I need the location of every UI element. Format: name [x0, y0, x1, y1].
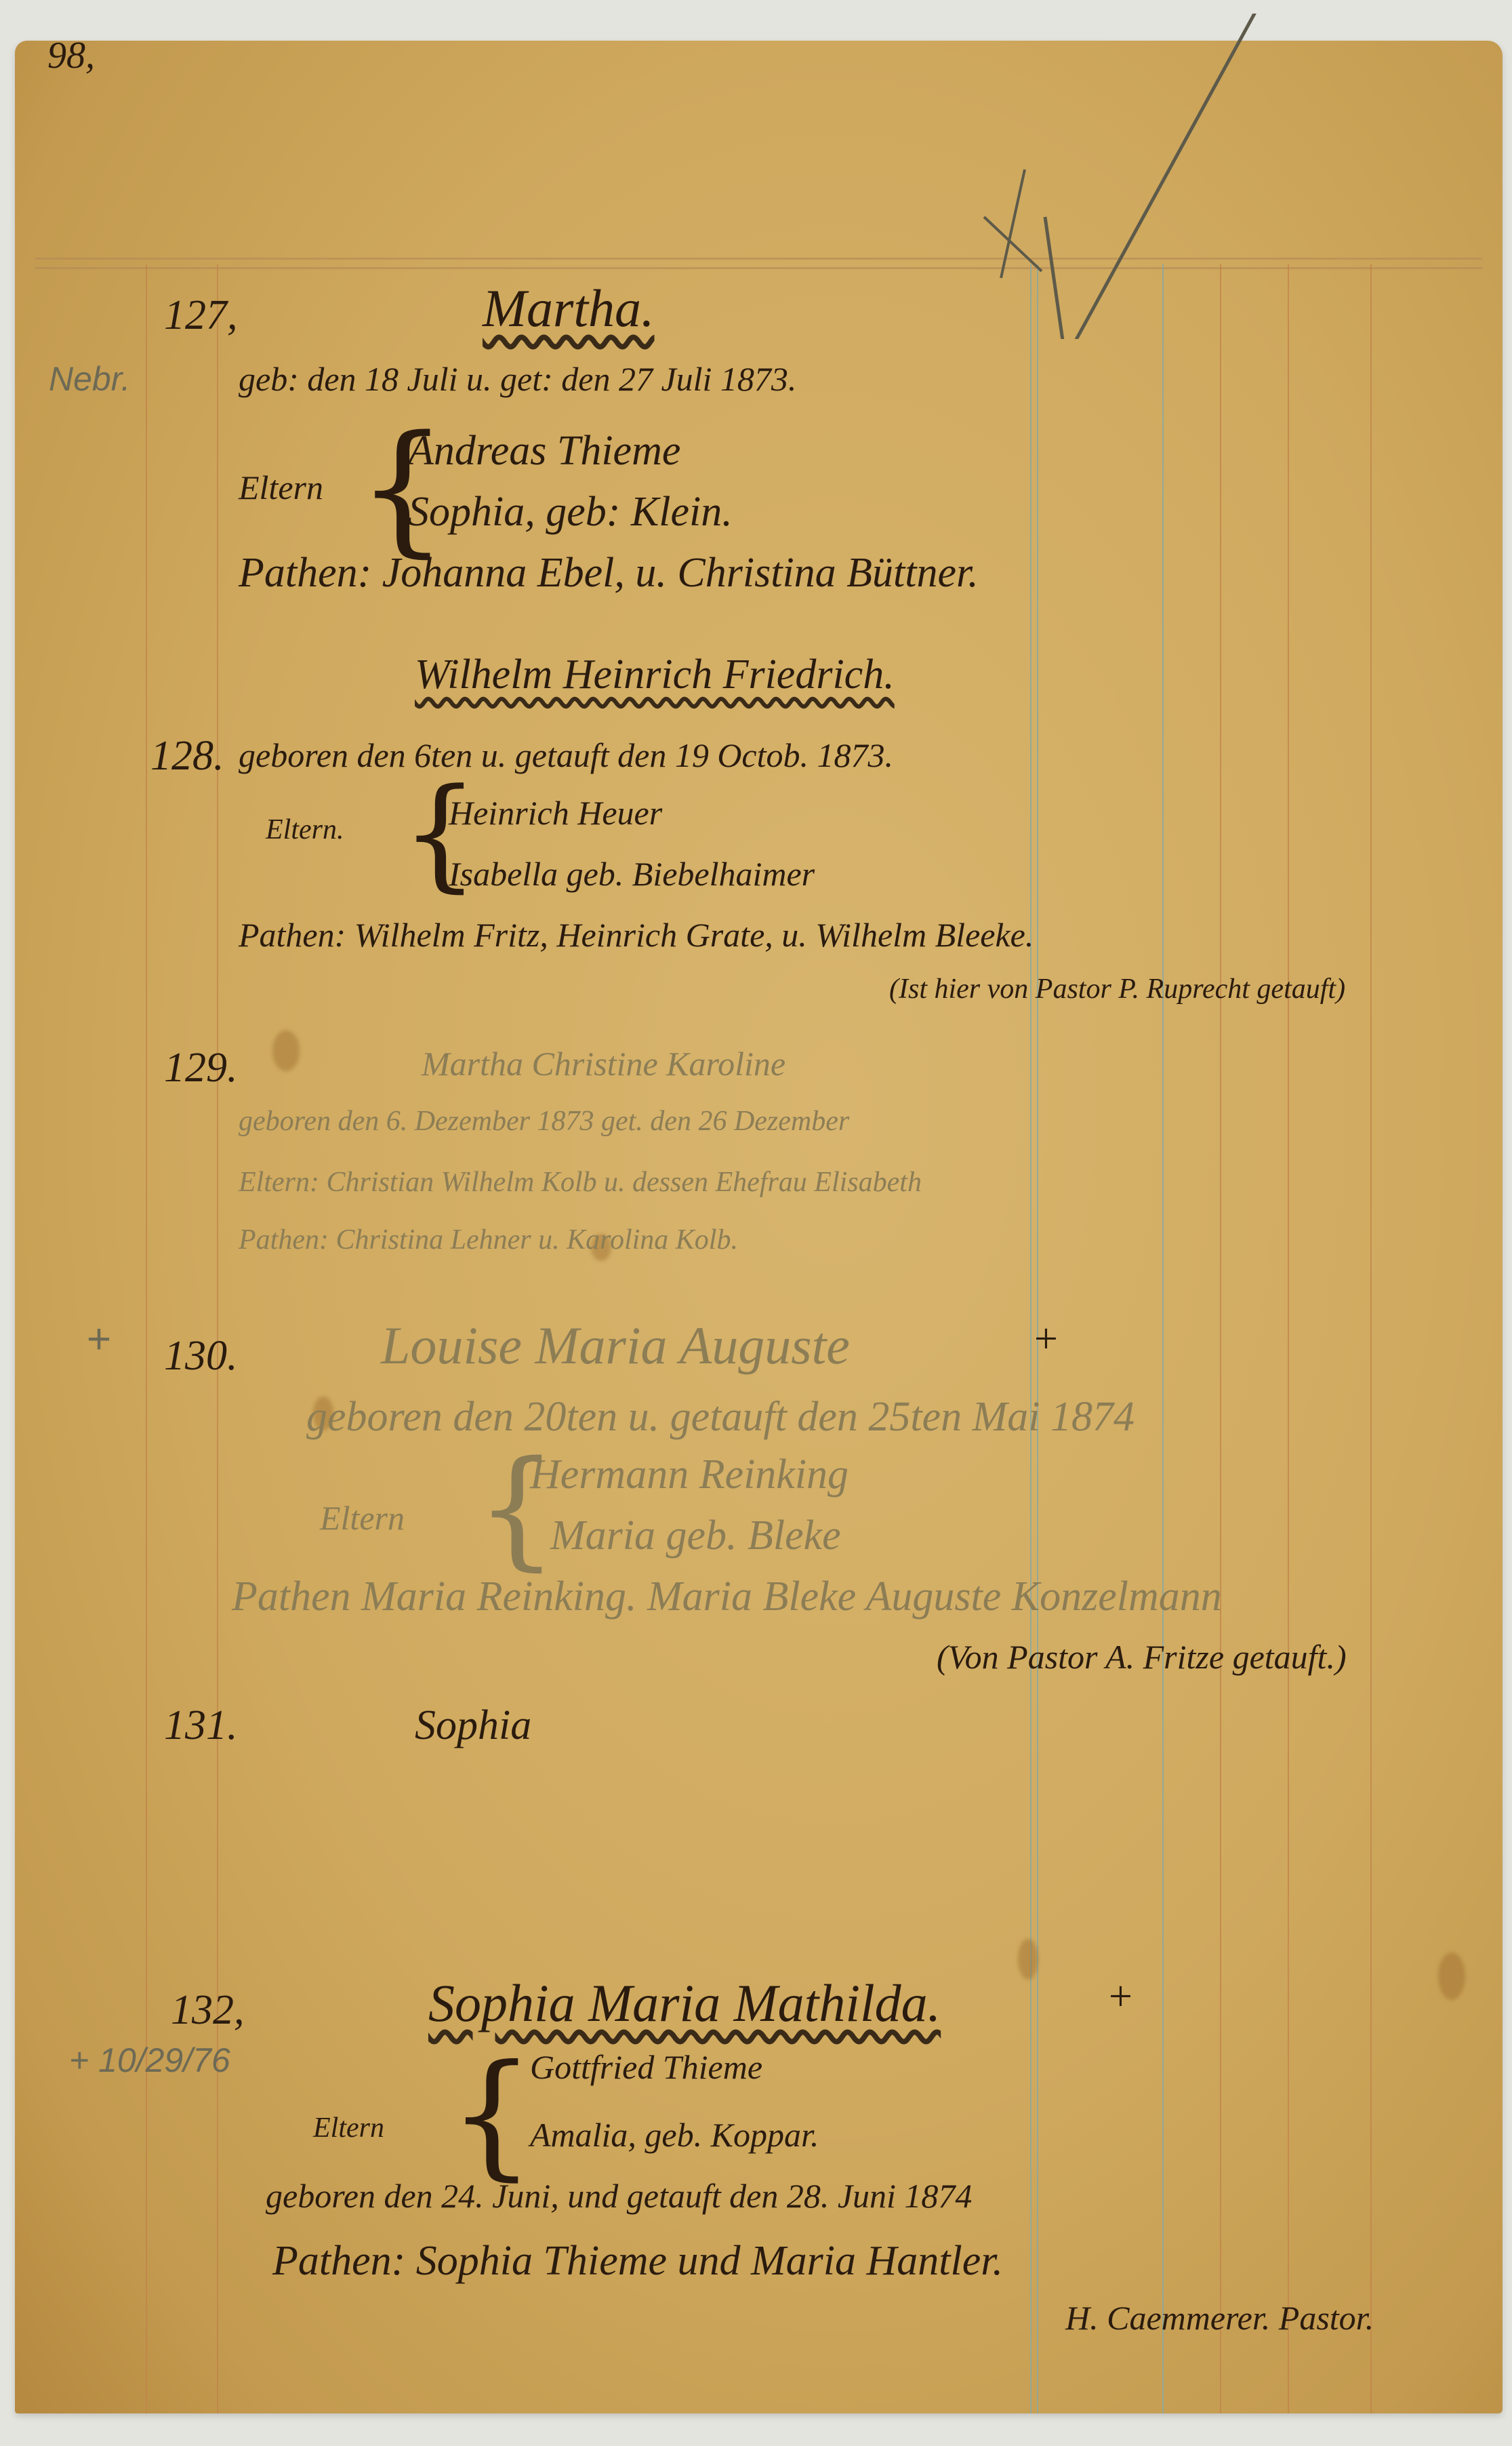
margin-rule	[146, 264, 147, 2413]
parents-label: Eltern	[239, 468, 323, 507]
parents-line: Eltern: Christian Wilhelm Kolb u. dessen…	[239, 1166, 922, 1199]
brace: {	[449, 2047, 535, 2183]
mother-name: Amalia, geb. Koppar.	[530, 2115, 819, 2154]
sponsors-line: Pathen: Wilhelm Fritz, Heinrich Grate, u…	[239, 915, 1034, 955]
sponsors-line: Pathen: Johanna Ebel, u. Christina Büttn…	[239, 549, 979, 597]
entry-number: 131.	[164, 1702, 238, 1750]
sponsors-line: Pathen: Sophia Thieme und Maria Hantler.	[272, 2237, 1003, 2285]
parents-label: Eltern.	[266, 814, 344, 846]
entry-number: 129.	[164, 1044, 238, 1092]
register-page: 98, 127, Martha. Nebr. geb: den 18 Juli …	[15, 41, 1503, 2413]
father-name: Andreas Thieme	[408, 427, 680, 475]
birth-baptism-line: geboren den 24. Juni, und getauft den 28…	[266, 2176, 972, 2216]
page-number: 98,	[47, 34, 95, 77]
death-mark: +	[1106, 1973, 1135, 2021]
entry-name: Wilhelm Heinrich Friedrich.	[415, 651, 895, 699]
entry-name: Martha Christine Karoline	[422, 1044, 785, 1083]
sponsors-line: Pathen: Christina Lehner u. Karolina Kol…	[239, 1224, 738, 1256]
mother-name: Maria geb. Bleke	[550, 1512, 841, 1560]
entry-name: Sophia Maria Mathilda.	[428, 1973, 941, 2034]
entry-name: Sophia	[415, 1702, 531, 1750]
column-rule	[1370, 264, 1372, 2413]
mother-name: Isabella geb. Biebelhaimer	[449, 854, 815, 894]
entry-number: 130.	[164, 1332, 238, 1380]
pastor-signature: H. Caemmerer. Pastor.	[1065, 2298, 1374, 2338]
birth-baptism-line: geboren den 20ten u. getauft den 25ten M…	[306, 1393, 1135, 1441]
father-name: Gottfried Thieme	[530, 2047, 762, 2087]
column-rule	[1162, 264, 1164, 2413]
column-rule	[1288, 264, 1289, 2413]
margin-note: Nebr.	[49, 359, 130, 399]
entry-number: 132,	[171, 1986, 245, 2034]
death-date-margin-note: + 10/29/76	[69, 2041, 230, 2080]
entry-number: 127,	[164, 292, 238, 340]
entry-name: Louise Maria Auguste	[381, 1315, 850, 1376]
column-rule	[1220, 264, 1221, 2413]
death-mark: +	[1031, 1315, 1060, 1363]
birth-baptism-line: geboren den 6ten u. getauft den 19 Octob…	[239, 736, 893, 775]
entry-name: Martha.	[483, 278, 655, 339]
death-margin-mark: +	[86, 1315, 110, 1363]
check-mark-icon	[964, 14, 1316, 339]
father-name: Heinrich Heuer	[449, 793, 662, 833]
baptism-note: (Ist hier von Pastor P. Ruprecht getauft…	[889, 973, 1345, 1005]
birth-baptism-line: geboren den 6. Dezember 1873 get. den 26…	[239, 1105, 849, 1138]
parents-label: Eltern	[313, 2112, 384, 2144]
parents-label: Eltern	[320, 1498, 405, 1538]
mother-name: Sophia, geb: Klein.	[408, 488, 733, 536]
baptism-note: (Von Pastor A. Fritze getauft.)	[937, 1637, 1347, 1677]
entry-number: 128.	[150, 732, 224, 780]
father-name: Hermann Reinking	[530, 1451, 849, 1499]
sponsors-line: Pathen Maria Reinking. Maria Bleke Augus…	[232, 1573, 1222, 1621]
birth-baptism-line: geb: den 18 Juli u. get: den 27 Juli 187…	[239, 359, 796, 399]
